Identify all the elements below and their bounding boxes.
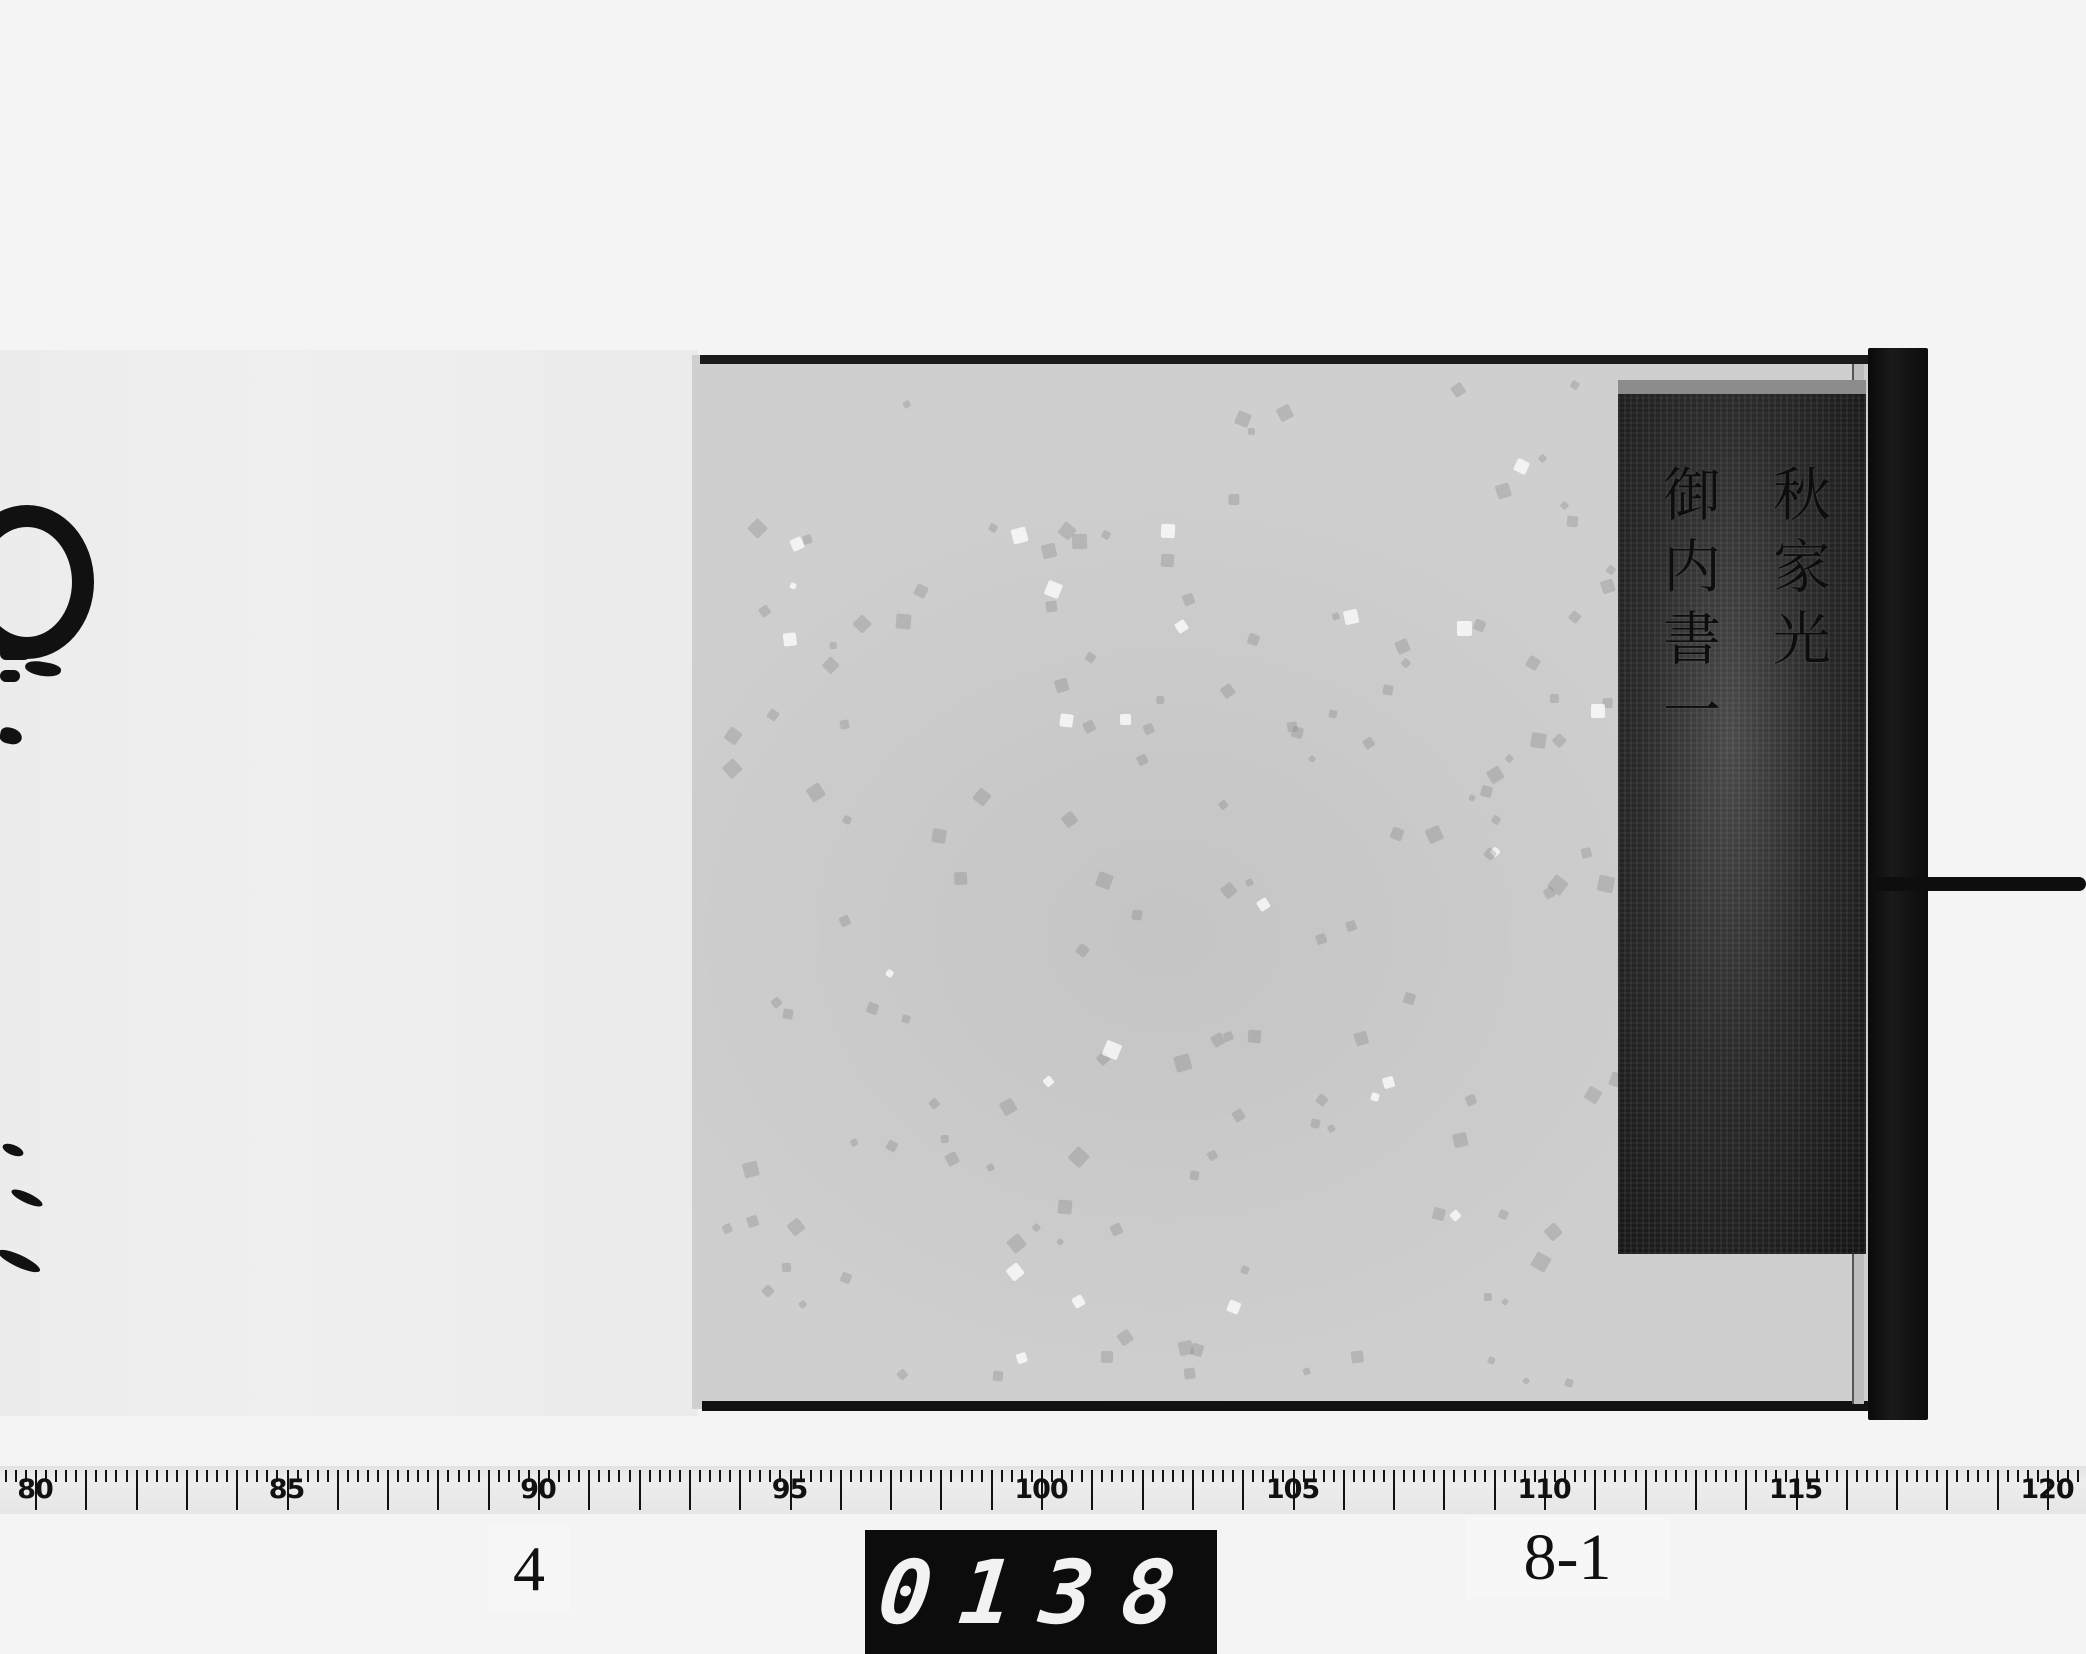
ruler-tick bbox=[940, 1470, 942, 1510]
ruler-tick bbox=[1645, 1470, 1647, 1510]
flake bbox=[993, 1371, 1004, 1382]
ruler-tick bbox=[719, 1470, 721, 1482]
calligraphy-stroke bbox=[0, 1246, 42, 1276]
ruler-tick bbox=[1866, 1470, 1868, 1482]
ruler-tick bbox=[568, 1470, 570, 1482]
label-title-text: 秋家光 bbox=[1768, 464, 1826, 680]
ruler-tick bbox=[1936, 1470, 1938, 1482]
ruler-tick bbox=[961, 1470, 963, 1482]
ruler-tick bbox=[1172, 1470, 1174, 1482]
flake bbox=[1057, 1199, 1072, 1214]
ruler-tick bbox=[1484, 1470, 1486, 1482]
flake bbox=[839, 719, 850, 730]
ruler-label: 110 bbox=[1517, 1474, 1570, 1505]
flake bbox=[1484, 1293, 1492, 1301]
ruler-tick bbox=[156, 1470, 158, 1482]
ruler-tick bbox=[136, 1470, 138, 1510]
ruler-tick bbox=[1121, 1470, 1123, 1482]
ruler-tick bbox=[1896, 1470, 1898, 1510]
ruler-tick bbox=[729, 1470, 731, 1482]
ruler-tick bbox=[105, 1470, 107, 1482]
ruler-tick bbox=[146, 1470, 148, 1482]
ruler-tick bbox=[1242, 1470, 1244, 1510]
ruler-tick bbox=[820, 1470, 822, 1482]
flake bbox=[1160, 553, 1174, 567]
flake bbox=[782, 632, 797, 647]
ruler-tick bbox=[1262, 1470, 1264, 1482]
ruler-tick bbox=[1594, 1470, 1596, 1510]
ruler-tick bbox=[1956, 1470, 1958, 1482]
ruler-tick bbox=[840, 1470, 842, 1510]
ruler-label: 95 bbox=[772, 1474, 808, 1505]
ruler-tick bbox=[1725, 1470, 1727, 1482]
ruler-label: 120 bbox=[2020, 1474, 2073, 1505]
ruler-tick bbox=[1091, 1470, 1093, 1510]
flake bbox=[1596, 875, 1615, 894]
ruler-tick bbox=[126, 1470, 128, 1482]
ruler-label: 85 bbox=[269, 1474, 305, 1505]
ruler-tick bbox=[1433, 1470, 1435, 1482]
flake bbox=[1131, 910, 1142, 921]
ruler-tick bbox=[1393, 1470, 1395, 1510]
ruler-label: 100 bbox=[1014, 1474, 1067, 1505]
ruler-tick bbox=[749, 1470, 751, 1482]
measuring-ruler: 80859095100105110115120 bbox=[0, 1466, 2086, 1514]
ruler-tick bbox=[357, 1470, 359, 1482]
ruler-tick bbox=[1977, 1470, 1979, 1482]
ruler-tick bbox=[488, 1470, 490, 1510]
ruler-tick bbox=[1111, 1470, 1113, 1482]
ruler-tick bbox=[1846, 1470, 1848, 1510]
frame-number-text: 4 bbox=[513, 1532, 545, 1606]
ruler-tick bbox=[639, 1470, 641, 1510]
ruler-tick bbox=[930, 1470, 932, 1482]
ruler-tick bbox=[1494, 1470, 1496, 1510]
flake bbox=[1161, 524, 1176, 539]
ruler-tick bbox=[1946, 1470, 1948, 1510]
ruler-tick bbox=[236, 1470, 238, 1510]
ruler-tick bbox=[337, 1470, 339, 1510]
ruler-tick bbox=[669, 1470, 671, 1482]
ruler-tick bbox=[1343, 1470, 1345, 1510]
ruler-tick bbox=[5, 1470, 7, 1482]
flake bbox=[1351, 1350, 1365, 1364]
ruler-tick bbox=[186, 1470, 188, 1510]
ruler-tick bbox=[910, 1470, 912, 1482]
section-number-text: 8-1 bbox=[1524, 1520, 1612, 1596]
ruler-tick bbox=[206, 1470, 208, 1482]
ruler-tick bbox=[880, 1470, 882, 1482]
label-subtitle-text: 御内書一 bbox=[1658, 464, 1716, 752]
ruler-tick bbox=[830, 1470, 832, 1482]
flake bbox=[1550, 694, 1559, 703]
calligraphy-stroke bbox=[9, 1186, 44, 1209]
ruler-tick bbox=[1202, 1470, 1204, 1482]
ruler-tick bbox=[1474, 1470, 1476, 1482]
ruler-tick bbox=[1624, 1470, 1626, 1482]
calligraphy-stroke bbox=[0, 670, 20, 682]
ruler-tick bbox=[608, 1470, 610, 1482]
ruler-tick bbox=[478, 1470, 480, 1482]
flake bbox=[1566, 516, 1577, 527]
calligraphy-stroke bbox=[1, 1141, 25, 1159]
frame-number-label: 4 bbox=[488, 1525, 570, 1613]
ruler-tick bbox=[216, 1470, 218, 1482]
ruler-tick bbox=[1252, 1470, 1254, 1482]
ruler-tick bbox=[1443, 1470, 1445, 1510]
ruler-tick bbox=[1876, 1470, 1878, 1482]
calligraphy-stroke bbox=[0, 726, 23, 746]
ruler-tick bbox=[317, 1470, 319, 1482]
ruler-tick bbox=[1967, 1470, 1969, 1482]
flake bbox=[1456, 621, 1471, 636]
ruler-tick bbox=[508, 1470, 510, 1482]
ruler-tick bbox=[1081, 1470, 1083, 1482]
ruler-tick bbox=[850, 1470, 852, 1482]
ruler-tick bbox=[870, 1470, 872, 1482]
ruler-tick bbox=[1614, 1470, 1616, 1482]
ruler-tick bbox=[1132, 1470, 1134, 1482]
ruler-tick bbox=[2007, 1470, 2009, 1482]
ruler-tick bbox=[1142, 1470, 1144, 1510]
ruler-label: 115 bbox=[1769, 1474, 1822, 1505]
ruler-tick bbox=[1232, 1470, 1234, 1482]
ruler-tick bbox=[437, 1470, 439, 1510]
ruler-tick bbox=[468, 1470, 470, 1482]
ruler-label: 80 bbox=[17, 1474, 53, 1505]
ruler-tick bbox=[588, 1470, 590, 1510]
flake bbox=[1310, 1118, 1320, 1128]
ruler-tick bbox=[1071, 1470, 1073, 1482]
ruler-tick bbox=[1705, 1470, 1707, 1482]
ruler-tick bbox=[629, 1470, 631, 1482]
ruler-tick bbox=[1604, 1470, 1606, 1482]
panel-top-border bbox=[700, 355, 1870, 364]
ruler-tick bbox=[1011, 1470, 1013, 1482]
ruler-tick bbox=[1826, 1470, 1828, 1482]
ruler-tick bbox=[1383, 1470, 1385, 1482]
ruler-tick bbox=[759, 1470, 761, 1482]
ruler-tick bbox=[1222, 1470, 1224, 1482]
ruler-tick bbox=[649, 1470, 651, 1482]
flake bbox=[1045, 600, 1057, 612]
ruler-tick bbox=[1916, 1470, 1918, 1482]
flake bbox=[782, 1263, 791, 1272]
ruler-tick bbox=[246, 1470, 248, 1482]
ruler-tick bbox=[1363, 1470, 1365, 1482]
ruler-tick bbox=[1504, 1470, 1506, 1482]
ruler-tick bbox=[1423, 1470, 1425, 1482]
ruler-tick bbox=[971, 1470, 973, 1482]
ruler-tick bbox=[1987, 1470, 1989, 1482]
ruler-tick bbox=[85, 1470, 87, 1510]
flake bbox=[1177, 1339, 1193, 1355]
ruler-tick bbox=[347, 1470, 349, 1482]
flake bbox=[1156, 696, 1165, 705]
calligraphy-stroke bbox=[0, 648, 30, 660]
ruler-tick bbox=[1685, 1470, 1687, 1482]
ruler-tick bbox=[1735, 1470, 1737, 1482]
ruler-tick bbox=[1635, 1470, 1637, 1482]
flake bbox=[931, 827, 947, 843]
flake bbox=[896, 614, 912, 630]
flake bbox=[1228, 494, 1239, 505]
ruler-tick bbox=[367, 1470, 369, 1482]
section-number-label: 8-1 bbox=[1465, 1517, 1670, 1599]
ruler-tick bbox=[558, 1470, 560, 1482]
ruler-label: 90 bbox=[520, 1474, 556, 1505]
ruler-tick bbox=[226, 1470, 228, 1482]
ruler-tick bbox=[115, 1470, 117, 1482]
ruler-tick bbox=[1152, 1470, 1154, 1482]
ruler-tick bbox=[1997, 1470, 1999, 1510]
ruler-tick bbox=[890, 1470, 892, 1510]
ruler-tick bbox=[1101, 1470, 1103, 1482]
ruler-tick bbox=[618, 1470, 620, 1482]
ruler-tick bbox=[598, 1470, 600, 1482]
ruler-tick bbox=[1162, 1470, 1164, 1482]
ruler-tick bbox=[498, 1470, 500, 1482]
ruler-tick bbox=[679, 1470, 681, 1482]
ruler-tick bbox=[1182, 1470, 1184, 1482]
ruler-tick bbox=[397, 1470, 399, 1482]
ruler-tick bbox=[1745, 1470, 1747, 1510]
flake bbox=[1060, 713, 1074, 727]
flake bbox=[1183, 1368, 1196, 1381]
flake bbox=[830, 642, 837, 649]
flake bbox=[1071, 534, 1087, 550]
flake bbox=[954, 871, 968, 885]
ruler-tick bbox=[810, 1470, 812, 1482]
ruler-tick bbox=[1906, 1470, 1908, 1482]
ruler-tick bbox=[2017, 1470, 2019, 1482]
ruler-tick bbox=[1353, 1470, 1355, 1482]
ruler-tick bbox=[2077, 1470, 2079, 1482]
ruler-tick bbox=[55, 1470, 57, 1482]
ruler-tick bbox=[1514, 1470, 1516, 1482]
ruler-tick bbox=[991, 1470, 993, 1510]
ruler-tick bbox=[1765, 1470, 1767, 1482]
ruler-tick bbox=[860, 1470, 862, 1482]
ruler-tick bbox=[1453, 1470, 1455, 1482]
ruler-tick bbox=[166, 1470, 168, 1482]
ruler-tick bbox=[1584, 1470, 1586, 1482]
panel-bottom-border bbox=[702, 1401, 1870, 1411]
ruler-tick bbox=[699, 1470, 701, 1482]
flake bbox=[1248, 428, 1255, 435]
flake bbox=[1530, 732, 1547, 749]
ruler-tick bbox=[1403, 1470, 1405, 1482]
ruler-tick bbox=[75, 1470, 77, 1482]
ruler-tick bbox=[1212, 1470, 1214, 1482]
ruler-tick bbox=[950, 1470, 952, 1482]
ruler-tick bbox=[689, 1470, 691, 1510]
flake bbox=[1120, 714, 1131, 725]
ruler-tick bbox=[1715, 1470, 1717, 1482]
ruler-tick bbox=[900, 1470, 902, 1482]
ruler-tick bbox=[427, 1470, 429, 1482]
ruler-tick bbox=[1373, 1470, 1375, 1482]
ruler-tick bbox=[196, 1470, 198, 1482]
ruler-tick bbox=[1464, 1470, 1466, 1482]
ruler-tick bbox=[981, 1470, 983, 1482]
flake bbox=[1591, 704, 1605, 718]
title-label-slip: 秋家光 御内書一 bbox=[1618, 380, 1866, 1254]
flake bbox=[1189, 1170, 1199, 1180]
flake bbox=[1247, 1029, 1262, 1044]
ruler-tick bbox=[739, 1470, 741, 1510]
ruler-tick bbox=[447, 1470, 449, 1482]
ruler-tick bbox=[1886, 1470, 1888, 1482]
calligraphy-stroke bbox=[0, 505, 94, 659]
ruler-label: 105 bbox=[1266, 1474, 1319, 1505]
flake bbox=[1328, 709, 1337, 718]
ruler-tick bbox=[407, 1470, 409, 1482]
ruler-tick bbox=[176, 1470, 178, 1482]
calligraphy-stroke bbox=[24, 659, 62, 679]
ruler-tick bbox=[65, 1470, 67, 1482]
ruler-tick bbox=[327, 1470, 329, 1482]
ruler-tick bbox=[1333, 1470, 1335, 1482]
ruler-tick bbox=[377, 1470, 379, 1482]
ruler-tick bbox=[95, 1470, 97, 1482]
flake bbox=[783, 1008, 794, 1019]
ruler-tick bbox=[1574, 1470, 1576, 1482]
ruler-tick bbox=[1675, 1470, 1677, 1482]
sequence-number-plate: 0138 bbox=[865, 1530, 1217, 1654]
ruler-tick bbox=[1323, 1470, 1325, 1482]
sequence-number-text: 0138 bbox=[874, 1541, 1209, 1644]
ruler-tick bbox=[1695, 1470, 1697, 1510]
ruler-tick bbox=[659, 1470, 661, 1482]
ruler-tick bbox=[1655, 1470, 1657, 1482]
ruler-tick bbox=[709, 1470, 711, 1482]
ruler-tick bbox=[256, 1470, 258, 1482]
ruler-tick bbox=[387, 1470, 389, 1510]
flake bbox=[940, 1135, 948, 1143]
ruler-tick bbox=[458, 1470, 460, 1482]
ruler-tick bbox=[1856, 1470, 1858, 1482]
left-paper-section bbox=[0, 350, 698, 1416]
ruler-tick bbox=[1755, 1470, 1757, 1482]
tie-cord bbox=[1872, 877, 2086, 891]
ruler-tick bbox=[1836, 1470, 1838, 1482]
ruler-tick bbox=[417, 1470, 419, 1482]
ruler-tick bbox=[1413, 1470, 1415, 1482]
flake bbox=[1101, 1351, 1114, 1364]
ruler-tick bbox=[578, 1470, 580, 1482]
ruler-tick bbox=[920, 1470, 922, 1482]
ruler-tick bbox=[1192, 1470, 1194, 1510]
ruler-tick bbox=[1665, 1470, 1667, 1482]
ruler-tick bbox=[307, 1470, 309, 1482]
ruler-tick bbox=[1926, 1470, 1928, 1482]
flake bbox=[1382, 684, 1393, 695]
ruler-tick bbox=[1001, 1470, 1003, 1482]
